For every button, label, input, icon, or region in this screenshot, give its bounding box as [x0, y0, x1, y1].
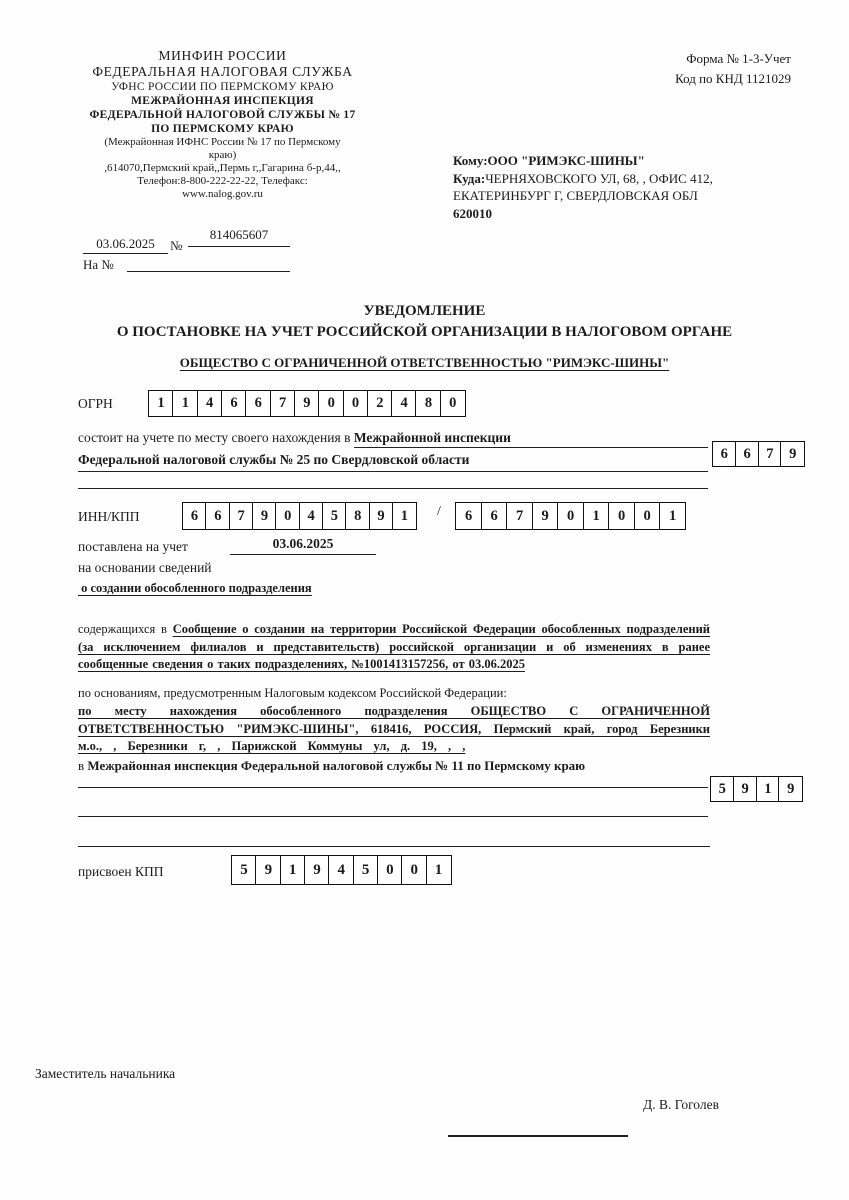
digit-cell: 5	[353, 855, 379, 885]
digit-cell: 2	[367, 390, 393, 417]
recipient-to-label: Кому:	[453, 153, 488, 168]
digit-cell: 6	[182, 502, 207, 530]
registration-authority-line2: Федеральной налоговой службы № 25 по Све…	[78, 452, 708, 472]
signature-line	[448, 1135, 628, 1137]
inn-boxes: 6679045891	[182, 502, 417, 530]
digit-cell: 7	[506, 502, 533, 530]
digit-cell: 0	[401, 855, 427, 885]
issuer-line: МИНФИН РОССИИ	[65, 48, 380, 64]
registration-prefix: состоит на учете по месту своего нахожде…	[78, 429, 354, 448]
grounds-location-paragraph: по месту нахождения обособленного подраз…	[78, 703, 710, 756]
digit-cell: 0	[440, 390, 466, 417]
digit-cell: 9	[294, 390, 320, 417]
signatory-name: Д. В. Гоголев	[643, 1097, 719, 1113]
digit-cell: 1	[392, 502, 417, 530]
digit-cell: 0	[343, 390, 369, 417]
digit-cell: 4	[328, 855, 354, 885]
recipient-postal-code: 620010	[453, 205, 798, 223]
digit-cell: 7	[270, 390, 296, 417]
title-line2: О ПОСТАНОВКЕ НА УЧЕТ РОССИЙСКОЙ ОРГАНИЗА…	[0, 322, 849, 343]
blank-line	[78, 488, 708, 489]
registration-line1: состоит на учете по месту своего нахожде…	[78, 429, 708, 448]
digit-cell: 6	[735, 441, 760, 467]
digit-cell: 1	[583, 502, 610, 530]
inn-kpp-label: ИНН/КПП	[78, 509, 140, 525]
contained-in-prefix: содержащихся в	[78, 622, 173, 636]
document-number: 814065607	[188, 227, 290, 247]
issuer-line: (Межрайонная ИФНС России № 17 по Пермско…	[65, 136, 380, 149]
blank-line	[78, 787, 708, 788]
grounds-intro: по основаниям, предусмотренным Налоговым…	[78, 686, 507, 701]
digit-cell: 1	[148, 390, 174, 417]
grounds-location: по месту нахождения обособленного подраз…	[78, 704, 710, 753]
digit-cell: 1	[426, 855, 452, 885]
digit-cell: 6	[455, 502, 482, 530]
new-authority-line: в Межрайонная инспекция Федеральной нало…	[78, 758, 585, 774]
recipient-to-value: ООО "РИМЭКС-ШИНЫ"	[488, 153, 645, 168]
issuer-line: ПО ПЕРМСКОМУ КРАЮ	[65, 122, 380, 136]
digit-cell: 4	[391, 390, 417, 417]
digit-cell: 0	[275, 502, 300, 530]
digit-cell: 1	[756, 776, 781, 802]
digit-cell: 5	[231, 855, 257, 885]
assigned-kpp-boxes: 591945001	[231, 855, 452, 885]
digit-cell: 9	[532, 502, 559, 530]
digit-cell: 0	[557, 502, 584, 530]
issuer-line: ,614070,Пермский край,,Пермь г,,Гагарина…	[65, 162, 380, 175]
inn-kpp-separator: /	[437, 504, 441, 520]
digit-cell: 8	[345, 502, 370, 530]
registration-authority-line1: Межрайонной инспекции	[354, 429, 708, 448]
basis-value: о создании обособленного подразделения	[78, 581, 312, 596]
new-authority-name: Межрайонная инспекция Федеральной налого…	[87, 758, 585, 773]
document-title: УВЕДОМЛЕНИЕ О ПОСТАНОВКЕ НА УЧЕТ РОССИЙС…	[0, 301, 849, 343]
digit-cell: 8	[415, 390, 441, 417]
new-authority-prefix: в	[78, 758, 87, 773]
document-date: 03.06.2025	[83, 236, 168, 254]
recipient-address-line1: ЧЕРНЯХОВСКОГО УЛ, 68, , ОФИС 412,	[485, 171, 713, 186]
organization-name: ОБЩЕСТВО С ОГРАНИЧЕННОЙ ОТВЕТСТВЕННОСТЬЮ…	[0, 355, 849, 371]
number-sign: №	[170, 238, 182, 254]
digit-cell: 0	[377, 855, 403, 885]
digit-cell: 1	[659, 502, 686, 530]
contained-in-document: Сообщение о создании на территории Росси…	[78, 622, 710, 671]
issuer-line: УФНС РОССИИ ПО ПЕРМСКОМУ КРАЮ	[65, 80, 380, 94]
ogrn-label: ОГРН	[78, 396, 113, 412]
authority-code-boxes: 6679	[712, 441, 805, 467]
issuer-line: краю)	[65, 149, 380, 162]
assigned-kpp-label: присвоен КПП	[78, 864, 163, 880]
issuer-website: www.nalog.gov.ru	[65, 188, 380, 201]
issuer-line: МЕЖРАЙОННАЯ ИНСПЕКЦИЯ	[65, 94, 380, 108]
new-authority-code-boxes: 5919	[710, 776, 803, 802]
digit-cell: 7	[758, 441, 783, 467]
title-line1: УВЕДОМЛЕНИЕ	[0, 301, 849, 322]
digit-cell: 4	[299, 502, 324, 530]
digit-cell: 9	[778, 776, 803, 802]
form-meta: Форма № 1-3-Учет Код по КНД 1121029	[675, 49, 791, 89]
digit-cell: 9	[252, 502, 277, 530]
digit-cell: 9	[780, 441, 805, 467]
reply-to-label: На №	[83, 257, 114, 273]
blank-line	[78, 816, 708, 817]
ogrn-boxes: 1146679002480	[148, 390, 466, 417]
digit-cell: 4	[197, 390, 223, 417]
contained-in-paragraph: содержащихся в Сообщение о создании на т…	[78, 621, 710, 674]
kpp-boxes: 667901001	[455, 502, 686, 530]
digit-cell: 6	[205, 502, 230, 530]
digit-cell: 6	[221, 390, 247, 417]
recipient-where-label: Куда:	[453, 171, 485, 186]
form-number: Форма № 1-3-Учет	[675, 49, 791, 69]
recipient-address-line2: ЕКАТЕРИНБУРГ Г, СВЕРДЛОВСКАЯ ОБЛ	[453, 187, 798, 205]
blank-line	[78, 846, 710, 847]
basis-label: на основании сведений	[78, 560, 212, 576]
issuer-line: ФЕДЕРАЛЬНОЙ НАЛОГОВОЙ СЛУЖБЫ № 17	[65, 108, 380, 122]
registered-date: 03.06.2025	[230, 536, 376, 555]
digit-cell: 0	[608, 502, 635, 530]
digit-cell: 5	[322, 502, 347, 530]
digit-cell: 6	[481, 502, 508, 530]
signatory-position: Заместитель начальника	[35, 1066, 175, 1082]
registered-label: поставлена на учет	[78, 539, 188, 555]
issuer-line: ФЕДЕРАЛЬНАЯ НАЛОГОВАЯ СЛУЖБА	[65, 64, 380, 80]
digit-cell: 0	[318, 390, 344, 417]
digit-cell: 9	[369, 502, 394, 530]
digit-cell: 6	[712, 441, 737, 467]
issuer-block: МИНФИН РОССИИ ФЕДЕРАЛЬНАЯ НАЛОГОВАЯ СЛУЖ…	[65, 48, 380, 201]
digit-cell: 7	[229, 502, 254, 530]
knd-code: Код по КНД 1121029	[675, 69, 791, 89]
recipient-to: Кому:ООО "РИМЭКС-ШИНЫ"	[453, 152, 798, 170]
digit-cell: 6	[245, 390, 271, 417]
digit-cell: 5	[710, 776, 735, 802]
digit-cell: 0	[634, 502, 661, 530]
digit-cell: 9	[255, 855, 281, 885]
recipient-block: Кому:ООО "РИМЭКС-ШИНЫ" Куда:ЧЕРНЯХОВСКОГ…	[453, 152, 798, 222]
tax-notice-document: МИНФИН РОССИИ ФЕДЕРАЛЬНАЯ НАЛОГОВАЯ СЛУЖ…	[0, 0, 849, 1200]
reply-to-blank-line	[127, 258, 290, 272]
recipient-where: Куда:ЧЕРНЯХОВСКОГО УЛ, 68, , ОФИС 412,	[453, 170, 798, 188]
digit-cell: 1	[280, 855, 306, 885]
digit-cell: 1	[172, 390, 198, 417]
issuer-line: Телефон:8-800-222-22-22, Телефакс:	[65, 175, 380, 188]
digit-cell: 9	[733, 776, 758, 802]
digit-cell: 9	[304, 855, 330, 885]
